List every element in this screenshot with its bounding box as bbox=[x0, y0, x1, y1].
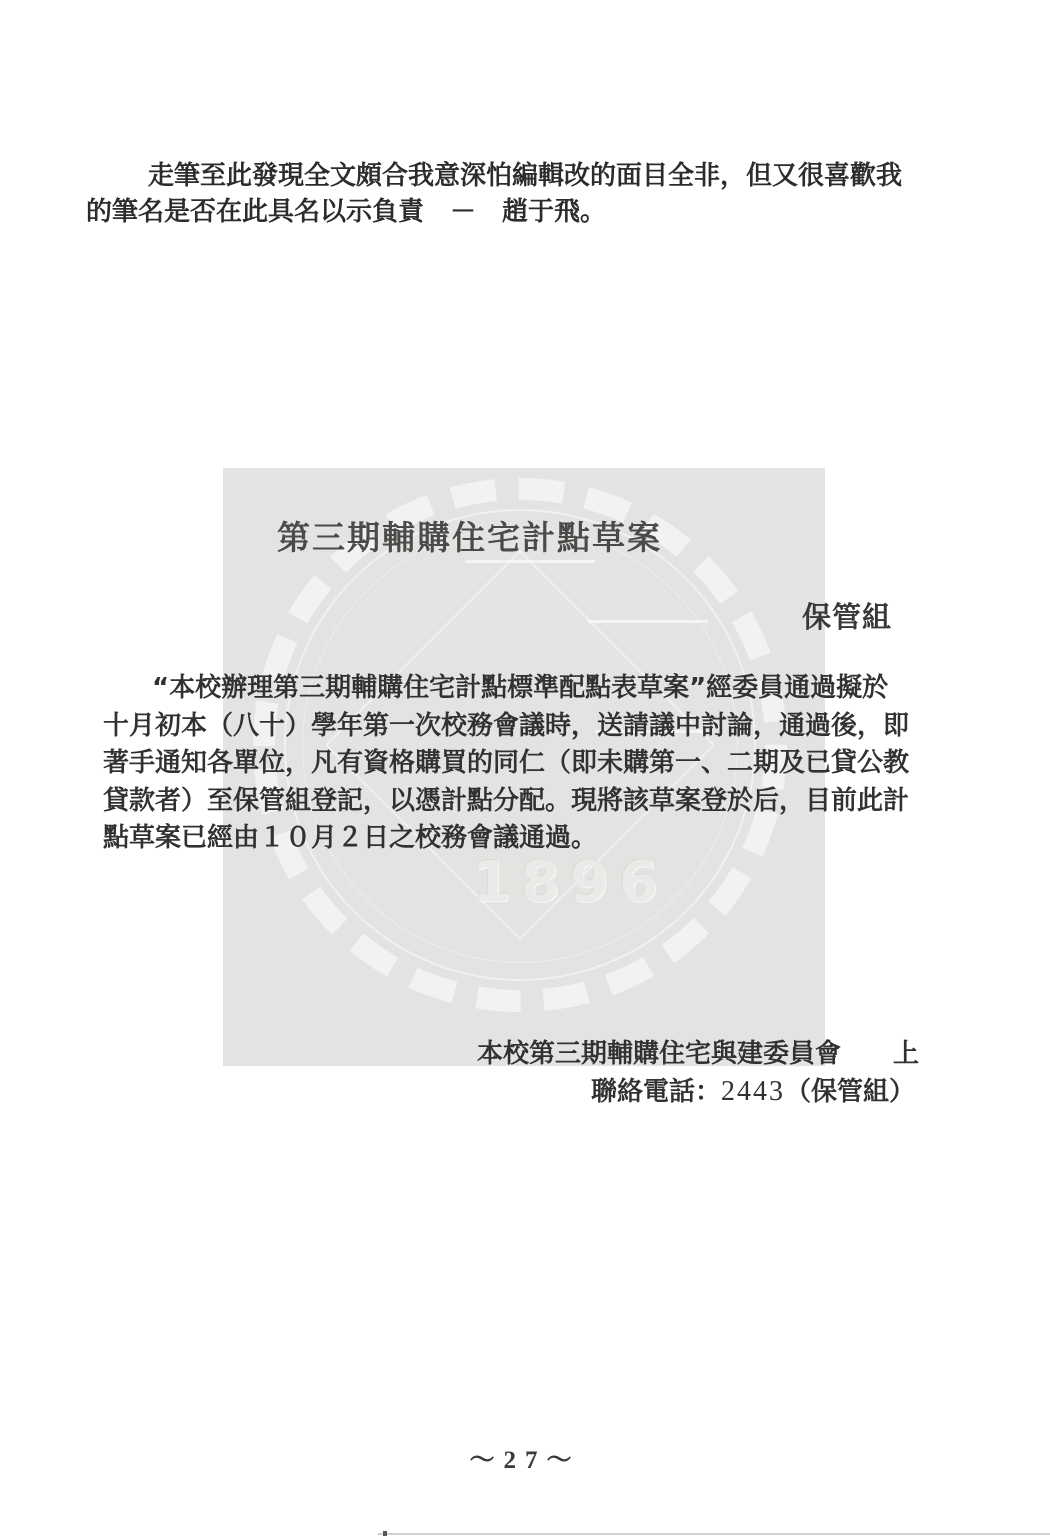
scan-speck-artifact bbox=[383, 1531, 387, 1536]
contact-label: 聯絡電話： bbox=[591, 1077, 721, 1107]
notice-signature: 本校第三期輔購住宅與建委員會 上 bbox=[477, 1033, 919, 1070]
notice-contact-line: 聯絡電話：2443（保管組） bbox=[591, 1071, 915, 1108]
notice-title: 第三期輔購住宅計點草案 bbox=[277, 512, 662, 559]
contact-phone-number: 2443 bbox=[721, 1076, 785, 1107]
notice-text-layer: 第三期輔購住宅計點草案 保管組 “本校辦理第三期輔購住宅計點標準配點表草案”經委… bbox=[0, 0, 1050, 1536]
notice-body-line: 十月初本（八十）學年第一次校務會議時，送請議中討論，通過後，即 bbox=[103, 708, 933, 746]
notice-body-line: 點草案已經由１０月２日之校務會議通過。 bbox=[103, 820, 933, 858]
notice-body-line: “本校辦理第三期輔購住宅計點標準配點表草案”經委員通過擬於 bbox=[103, 670, 933, 708]
notice-body-line: 貸款者）至保管組登記，以憑計點分配。現將該草案登於后，目前此計 bbox=[103, 783, 933, 821]
notice-byline: 保管組 bbox=[802, 595, 892, 636]
scan-edge-artifact bbox=[378, 1533, 1050, 1535]
notice-body-line: 著手通知各單位，凡有資格購買的同仁（即未購第一、二期及已貸公教 bbox=[103, 745, 933, 783]
notice-body: “本校辦理第三期輔購住宅計點標準配點表草案”經委員通過擬於 十月初本（八十）學年… bbox=[103, 670, 933, 858]
page-number: ～27～ bbox=[0, 1440, 1050, 1476]
scanned-document-page: 走筆至此發現全文頗合我意深怕編輯改的面目全非，但又很喜歡我 的筆名是否在此具名以… bbox=[0, 0, 1050, 1536]
contact-suffix: （保管組） bbox=[785, 1077, 915, 1107]
